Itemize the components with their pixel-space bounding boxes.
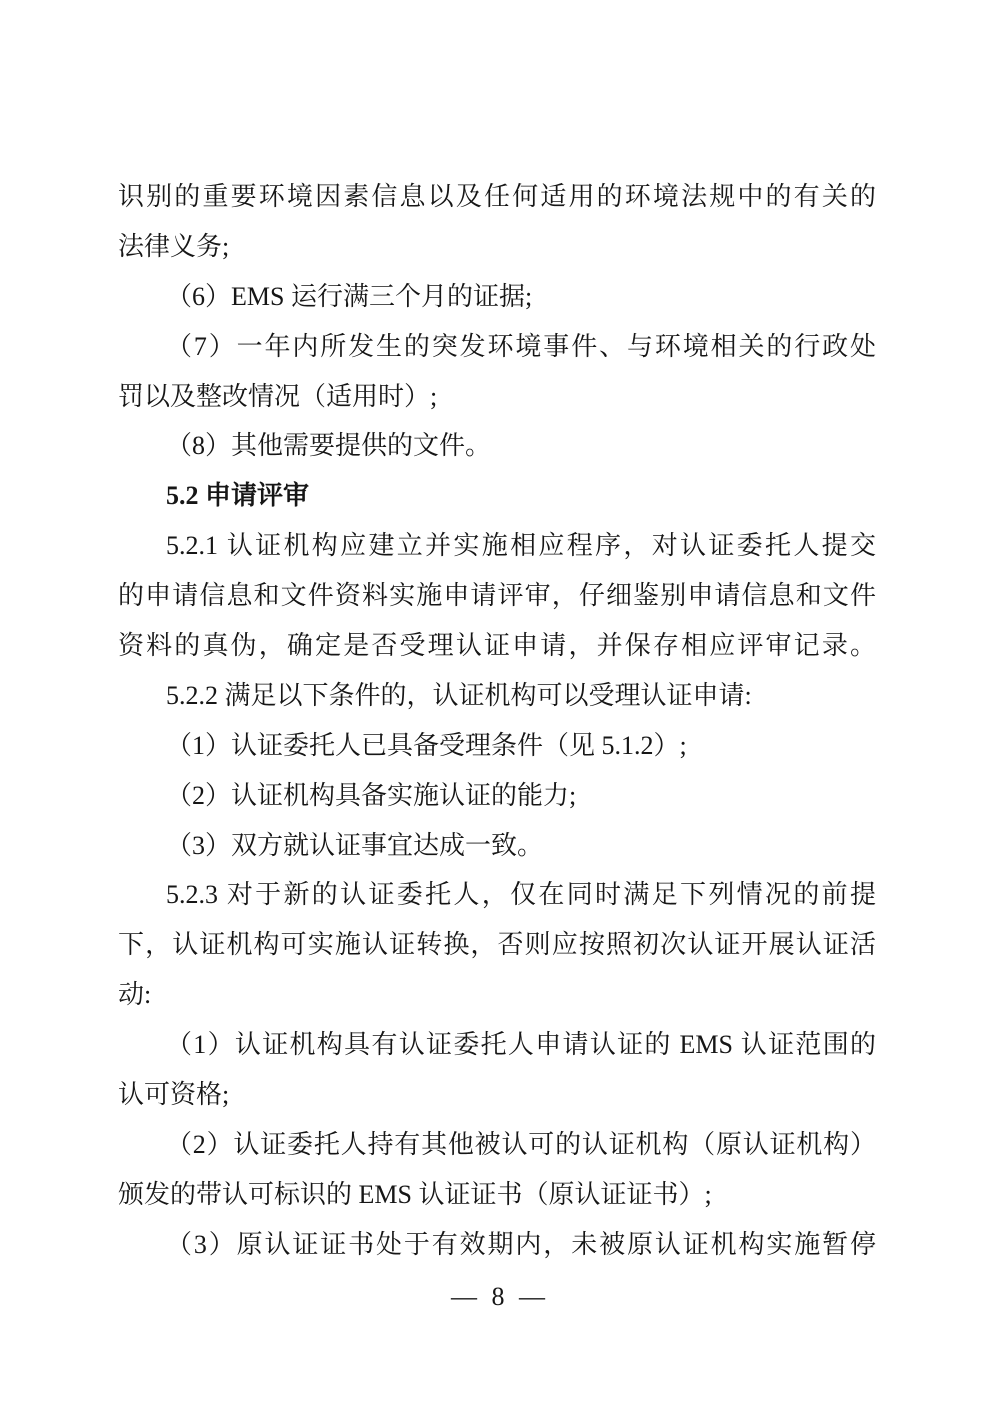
text-line: 认可资格; [118, 1070, 876, 1120]
text-line: 的申请信息和文件资料实施申请评审，仔细鉴别申请信息和文件 [118, 571, 876, 621]
text-line: 资料的真伪，确定是否受理认证申请，并保存相应评审记录。 [118, 621, 876, 671]
text-line: （2）认证委托人持有其他被认可的认证机构（原认证机构） [118, 1120, 876, 1170]
text-line: 5.2.3 对于新的认证委托人，仅在同时满足下列情况的前提 [118, 870, 876, 920]
text-line: （6）EMS 运行满三个月的证据; [118, 272, 876, 322]
text-line: （8）其他需要提供的文件。 [118, 421, 876, 471]
page-number: — 8 — [0, 1272, 1000, 1322]
text-line: 法律义务; [118, 222, 876, 272]
text-line: （1）认证委托人已具备受理条件（见 5.1.2）; [118, 721, 876, 771]
text-line: （7）一年内所发生的突发环境事件、与环境相关的行政处 [118, 322, 876, 372]
page-body: 识别的重要环境因素信息以及任何适用的环境法规中的有关的法律义务;（6）EMS 运… [118, 172, 876, 1270]
section-heading: 5.2 申请评审 [118, 471, 876, 521]
text-line: 下，认证机构可实施认证转换，否则应按照初次认证开展认证活 [118, 920, 876, 970]
text-line: （3）双方就认证事宜达成一致。 [118, 821, 876, 871]
text-line: 颁发的带认可标识的 EMS 认证证书（原认证证书）; [118, 1170, 876, 1220]
text-line: 动: [118, 970, 876, 1020]
text-line: （2）认证机构具备实施认证的能力; [118, 771, 876, 821]
text-line: 5.2.1 认证机构应建立并实施相应程序，对认证委托人提交 [118, 521, 876, 571]
text-line: （1）认证机构具有认证委托人申请认证的 EMS 认证范围的 [118, 1020, 876, 1070]
text-line: 5.2.2 满足以下条件的，认证机构可以受理认证申请: [118, 671, 876, 721]
text-line: （3）原认证证书处于有效期内，未被原认证机构实施暂停 [118, 1220, 876, 1270]
text-line: 识别的重要环境因素信息以及任何适用的环境法规中的有关的 [118, 172, 876, 222]
document-page: 识别的重要环境因素信息以及任何适用的环境法规中的有关的法律义务;（6）EMS 运… [0, 0, 1000, 1414]
text-line: 罚以及整改情况（适用时）; [118, 372, 876, 422]
